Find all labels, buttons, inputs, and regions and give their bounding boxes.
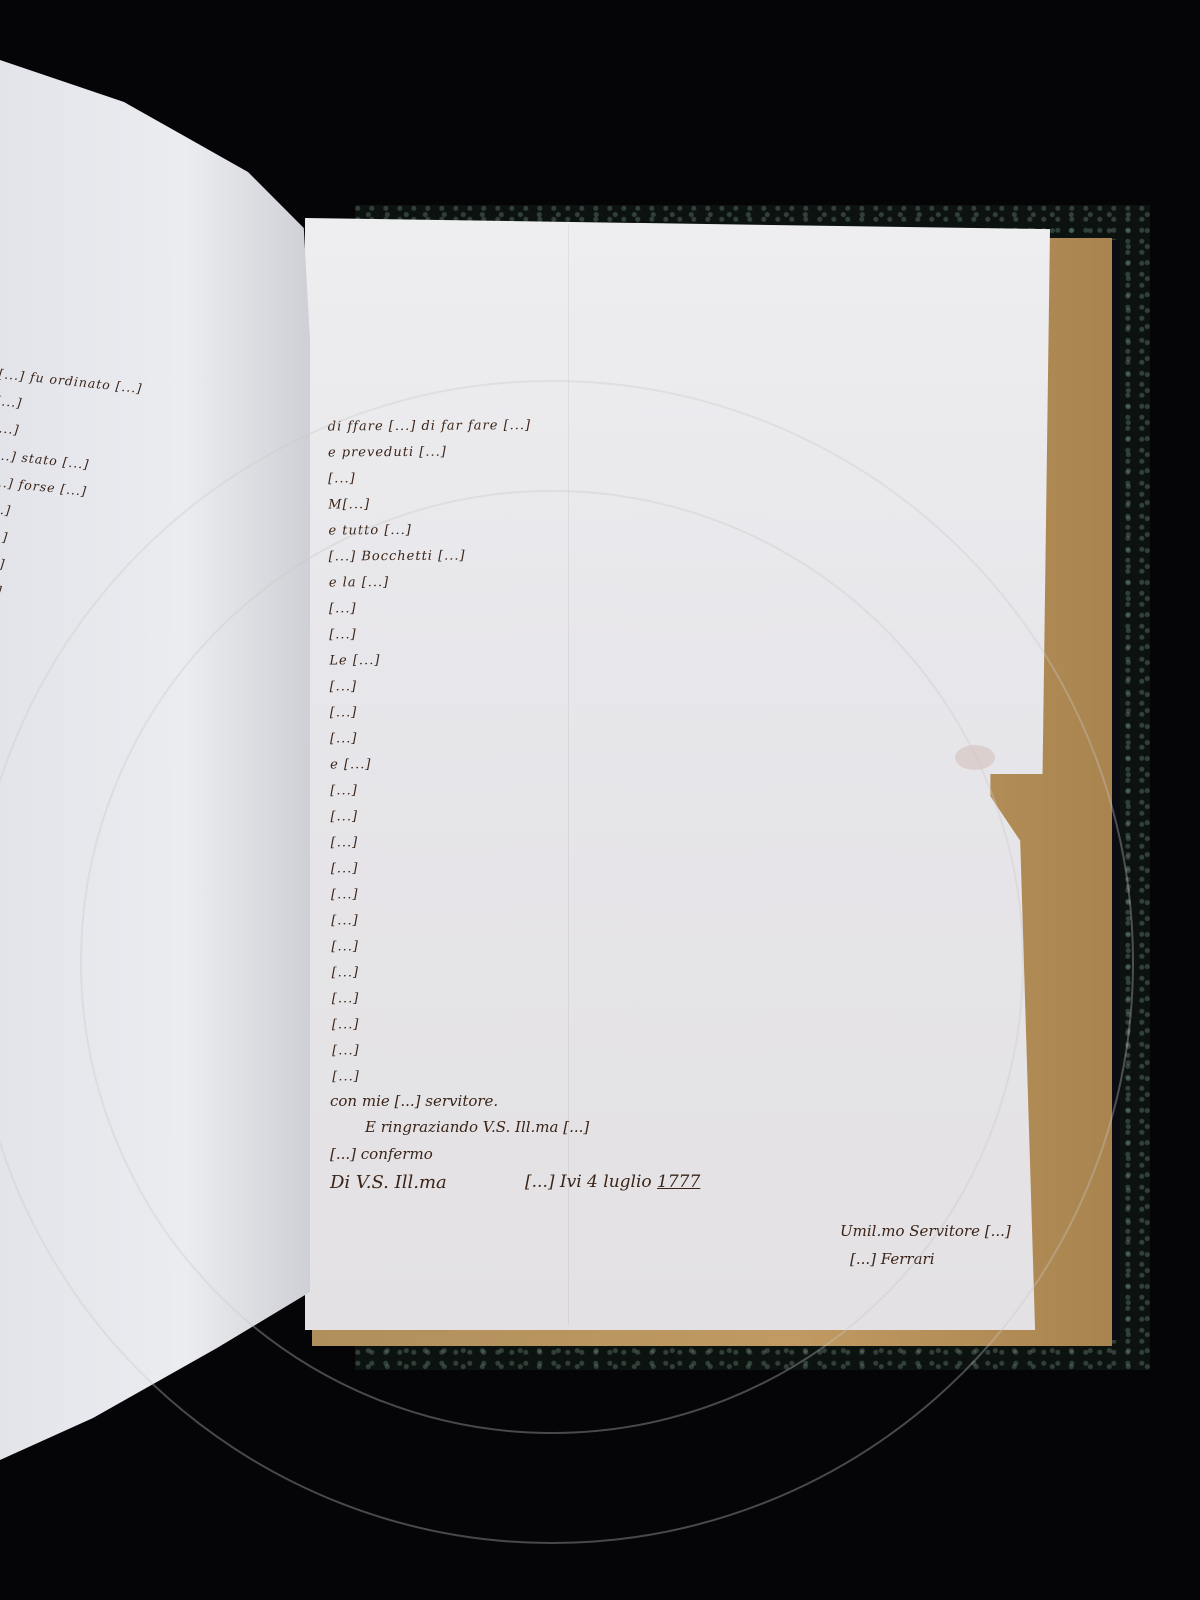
place-date: [...] Ivi 4 luglio 1777 [525, 1172, 700, 1192]
closing-formula-2: [...] confermo [330, 1145, 433, 1163]
salutation: Di V.S. Ill.ma [330, 1172, 447, 1193]
closing-formula: E ringraziando V.S. Ill.ma [...] [365, 1118, 589, 1136]
right-page-text: di ffare [...] di far fare [...] e preve… [328, 410, 1038, 1091]
place-date-text: [...] Ivi 4 luglio [525, 1172, 652, 1192]
year: 1777 [657, 1172, 700, 1192]
photo-scene: di ffare [...] di far fare [...] e preve… [0, 0, 1200, 1600]
signature-line-2: [...] Ferrari [850, 1250, 935, 1268]
closing-line: con mie [...] servitore. [330, 1092, 498, 1110]
signature-line-1: Umil.mo Servitore [...] [840, 1222, 1011, 1240]
manuscript-line: [...] [332, 1060, 1037, 1091]
